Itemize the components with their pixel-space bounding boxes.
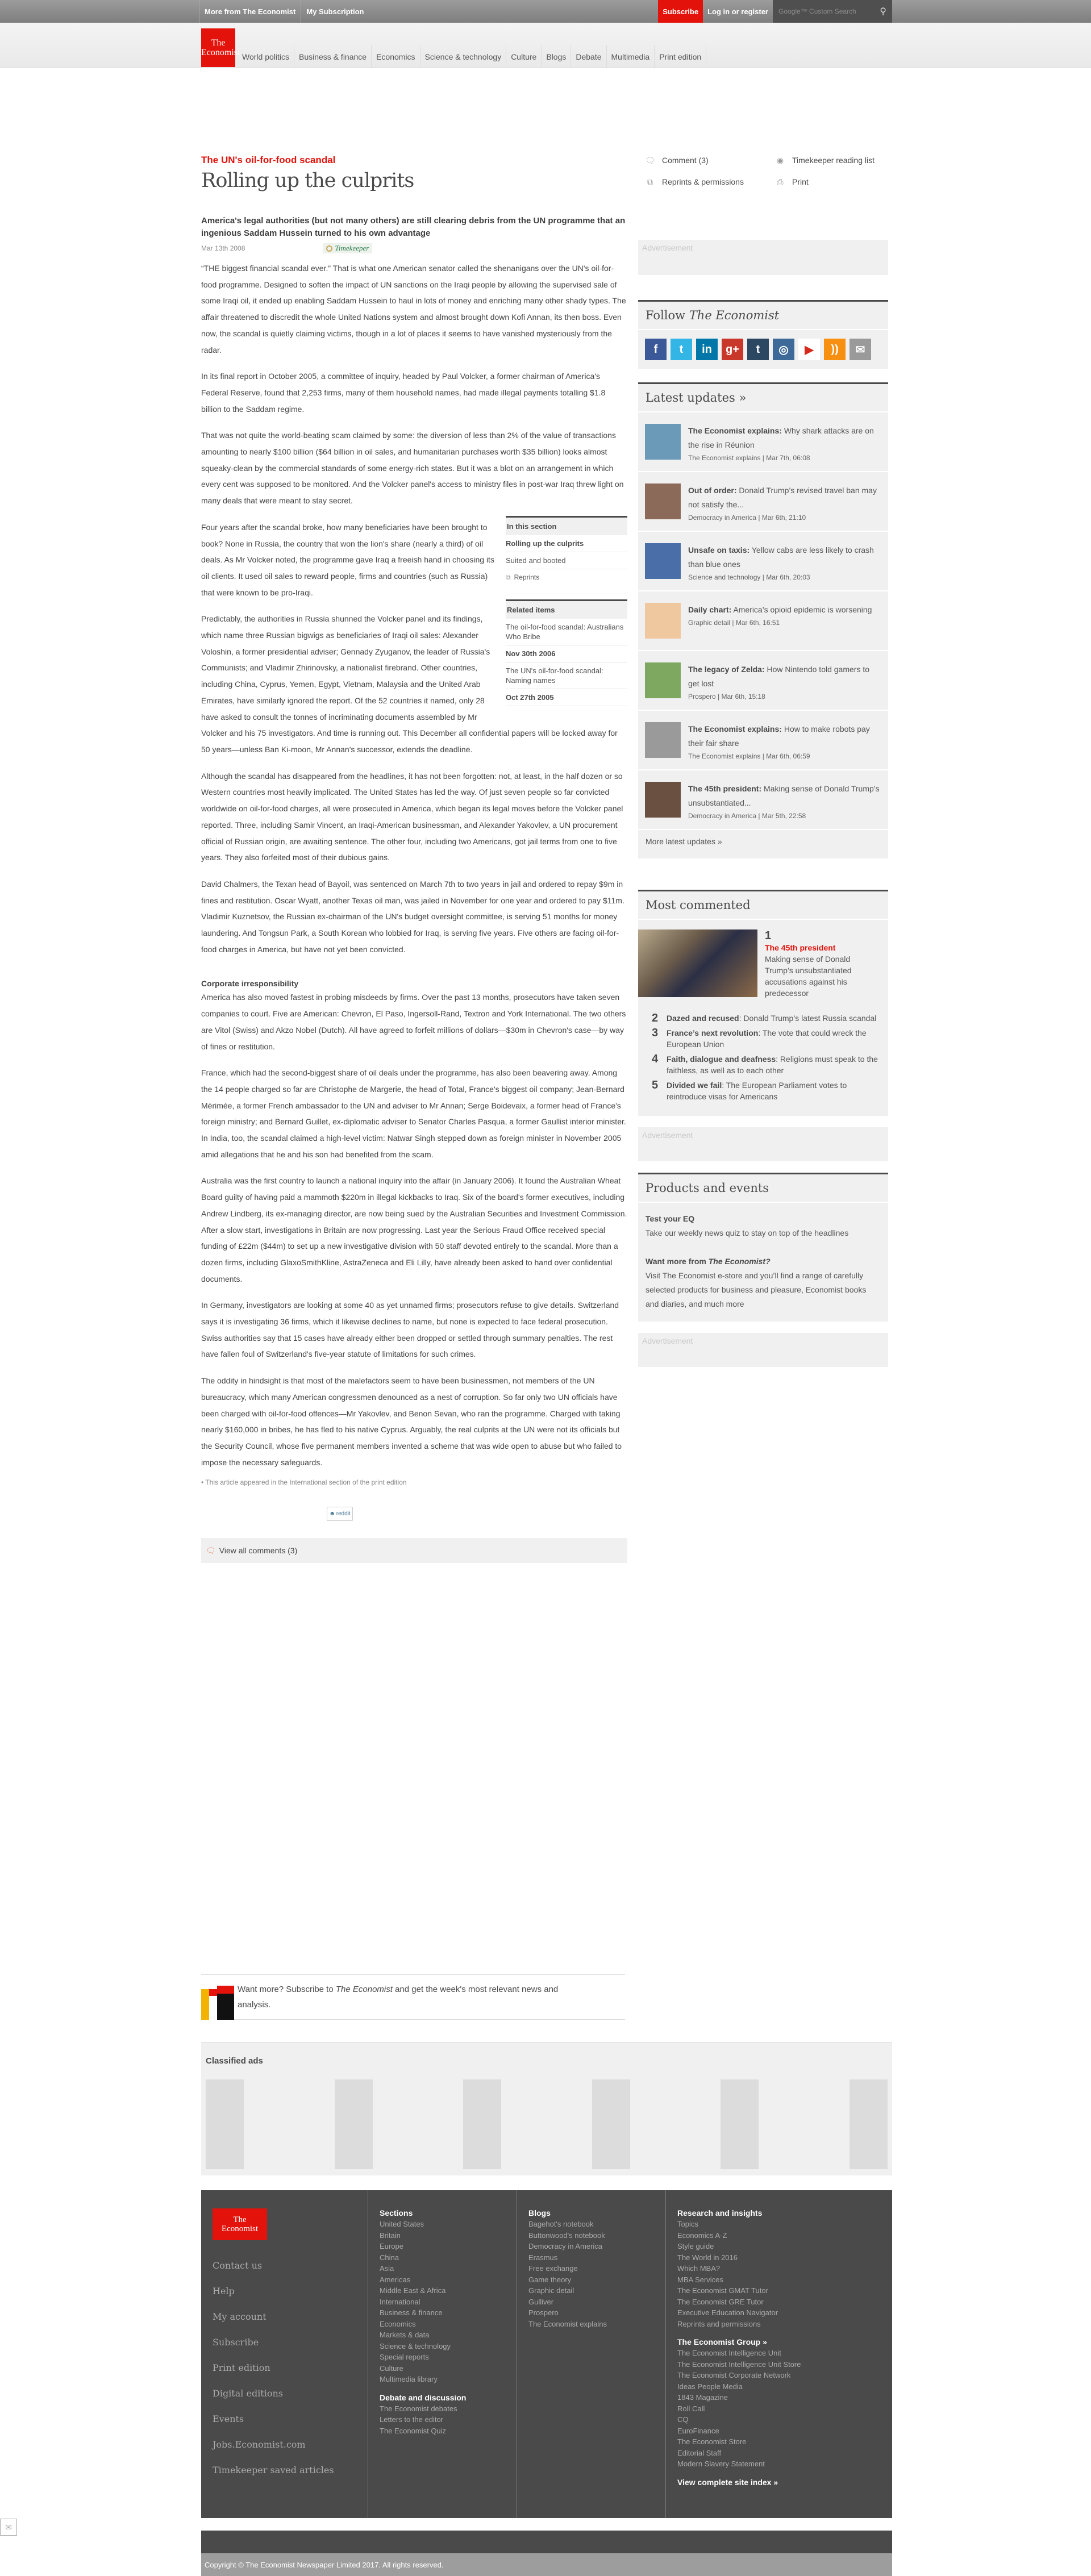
reddit-label: reddit — [336, 1511, 351, 1517]
article-paragraph: That was not quite the world-beating sca… — [201, 427, 627, 509]
footer-main-link[interactable]: Print edition — [213, 2355, 368, 2381]
rank-number: 4 — [652, 1053, 667, 1076]
footer-research-link[interactable]: MBA Services — [677, 2274, 836, 2286]
print-icon: ⎙ — [775, 177, 785, 186]
footer-blogs-heading: Blogs — [528, 2207, 665, 2219]
nav-culture[interactable]: Culture — [506, 45, 542, 68]
article-rubric: America's legal authorities (but not man… — [201, 215, 627, 240]
update-title: The legacy of Zelda: — [688, 665, 765, 674]
footer-section-link[interactable]: Asia — [380, 2263, 517, 2274]
article-paragraph: Although the scandal has disappeared fro… — [201, 768, 627, 866]
footer-section-link[interactable]: Multimedia library — [380, 2374, 517, 2385]
article-paragraph: France, which had the second-biggest sha… — [201, 1065, 627, 1162]
login-link[interactable]: Log in or register — [703, 0, 773, 23]
footer-blog-link[interactable]: Buttonwood's notebook — [528, 2230, 665, 2241]
comment-link[interactable]: 🗨Comment (3) — [645, 156, 775, 165]
reddit-icon: ☻ — [329, 1511, 335, 1517]
classified-ad-slot[interactable] — [721, 2079, 759, 2169]
print-label: Print — [792, 177, 809, 186]
footer-sections-heading: Sections — [380, 2207, 517, 2219]
most-commented-text-1: Making sense of Donald Trump’s unsubstan… — [765, 953, 878, 999]
footer-blog-link[interactable]: Graphic detail — [528, 2285, 665, 2296]
email-icon[interactable]: ✉ — [850, 339, 871, 360]
timekeeper-icon: ◉ — [775, 156, 785, 165]
related-items-heading: Related items — [506, 599, 627, 619]
footer-group-link[interactable]: CQ — [677, 2414, 836, 2425]
estore-link[interactable]: Want more from The Economist? — [646, 1257, 771, 1266]
footer-debate-link[interactable]: The Economist Quiz — [380, 2425, 517, 2437]
update-thumbnail — [645, 483, 681, 519]
nav-debate[interactable]: Debate — [571, 45, 606, 68]
related-item-link[interactable]: The oil-for-food scandal: Australians Wh… — [506, 619, 627, 645]
footer-section-link[interactable]: Americas — [380, 2274, 517, 2286]
products-events-widget: Products and events Test your EQ Take ou… — [638, 1173, 888, 1322]
latest-update-item[interactable]: Daily chart: America’s opioid epidemic i… — [638, 591, 888, 651]
update-thumbnail — [645, 662, 681, 698]
tumblr-icon[interactable]: t — [747, 339, 769, 360]
footer-bar — [201, 2531, 892, 2553]
comment-label: Comment (3) — [662, 156, 709, 165]
timekeeper-icon — [326, 245, 332, 252]
footer-group-link[interactable]: EuroFinance — [677, 2425, 836, 2437]
reprints-icon: ⧉ — [506, 573, 511, 582]
classified-ad-slot[interactable] — [335, 2079, 373, 2169]
update-thumbnail — [645, 543, 681, 579]
follow-title: Follow The Economist — [638, 302, 888, 330]
estore-text: Visit The Economist e-store and you’ll f… — [646, 1269, 881, 1311]
promo-text: Want more? Subscribe to The Economist an… — [238, 1982, 567, 2012]
classified-ad-slot[interactable] — [206, 2079, 244, 2169]
test-eq-text: Take our weekly news quiz to stay on top… — [646, 1226, 881, 1240]
footer-research-link[interactable]: Topics — [677, 2219, 836, 2230]
copyright: Copyright © The Economist Newspaper Limi… — [201, 2553, 892, 2576]
latest-updates-widget: Latest updates » The Economist explains:… — [638, 382, 888, 858]
reprints-label: Reprints & permissions — [662, 177, 744, 186]
rss-icon[interactable]: )) — [824, 339, 846, 360]
nav-world-politics[interactable]: World politics — [238, 45, 294, 68]
most-commented-item-1[interactable]: 1 The 45th president Making sense of Don… — [638, 929, 888, 999]
google-plus-icon[interactable]: g+ — [722, 339, 743, 360]
footer-debate-heading: Debate and discussion — [380, 2392, 517, 2403]
footer-section-link[interactable]: Special reports — [380, 2352, 517, 2363]
update-thumbnail — [645, 424, 681, 460]
classified-ad-slot[interactable] — [592, 2079, 630, 2169]
section-link[interactable]: Suited and booted — [506, 552, 627, 569]
footer-debate-link[interactable]: Letters to the editor — [380, 2414, 517, 2425]
footer-section-link[interactable]: Middle East & Africa — [380, 2285, 517, 2296]
site-index-link[interactable]: View complete site index » — [677, 2477, 836, 2488]
nav-economics[interactable]: Economics — [372, 45, 420, 68]
article-subheading: Corporate irresponsibility — [201, 978, 627, 989]
article-paragraph: Australia was the first country to launc… — [201, 1173, 627, 1287]
most-commented-item[interactable]: 4Faith, dialogue and deafness: Religions… — [652, 1053, 888, 1076]
timekeeper-label: Timekeeper reading list — [792, 156, 875, 165]
footer-main-link[interactable]: Subscribe — [213, 2329, 368, 2355]
timekeeper-button[interactable]: Timekeeper — [323, 243, 372, 253]
reprints-link[interactable]: ⧉Reprints — [506, 569, 627, 586]
test-eq-link[interactable]: Test your EQ — [646, 1214, 694, 1223]
most-commented-title: Most commented — [638, 891, 888, 920]
nav-print-edition[interactable]: Print edition — [655, 45, 706, 68]
update-meta: Democracy in America | Mar 6th, 21:10 — [688, 512, 881, 523]
update-title: The Economist explains: — [688, 724, 782, 733]
most-commented-item[interactable]: 3France’s next revolution: The vote that… — [652, 1027, 888, 1050]
footer-blog-link[interactable]: Free exchange — [528, 2263, 665, 2274]
search-input[interactable]: Google™ Custom Search ⚲ — [773, 0, 892, 23]
article-paragraph: The oddity in hindsight is that most of … — [201, 1373, 627, 1470]
rank-number: 1 — [765, 929, 878, 942]
footer-research-heading: Research and insights — [677, 2207, 836, 2219]
rank-number: 2 — [652, 1012, 667, 1024]
nav-business-finance[interactable]: Business & finance — [294, 45, 372, 68]
update-thumbnail — [645, 782, 681, 818]
advertisement-slot: Advertisement — [638, 240, 888, 275]
classified-ads: Classified ads — [201, 2042, 892, 2175]
section-link[interactable]: Rolling up the culprits — [506, 535, 627, 552]
twitter-icon[interactable]: t — [671, 339, 692, 360]
footer-section-link[interactable]: Culture — [380, 2363, 517, 2374]
article-kicker: The UN's oil-for-food scandal — [201, 155, 627, 166]
update-meta: Prospero | Mar 6th, 15:18 — [688, 691, 881, 702]
footer-blog-link[interactable]: Game theory — [528, 2274, 665, 2286]
footer-blog-link[interactable]: Democracy in America — [528, 2241, 665, 2252]
latest-update-item[interactable]: The legacy of Zelda: How Nintendo told g… — [638, 651, 888, 711]
update-title: Daily chart: — [688, 605, 731, 614]
rank-number: 3 — [652, 1027, 667, 1050]
update-title: The Economist explains: — [688, 426, 782, 435]
in-this-section-box: In this sectionRolling up the culpritsSu… — [506, 516, 627, 706]
latest-update-item[interactable]: The Economist explains: Why shark attack… — [638, 412, 888, 472]
update-text: America’s opioid epidemic is worsening — [731, 605, 872, 614]
latest-update-item[interactable]: Out of order: Donald Trump’s revised tra… — [638, 472, 888, 532]
reprints-link[interactable]: ⧉Reprints & permissions — [645, 177, 775, 186]
update-title: The 45th president: — [688, 784, 761, 793]
comment-bubble-icon: 🗨 — [206, 1546, 216, 1556]
social-links: fting+t◎▶))✉ — [638, 330, 888, 369]
footer-group-link[interactable]: 1843 Magazine — [677, 2392, 836, 2403]
article-paragraph: David Chalmers, the Texan head of Bayoil… — [201, 876, 627, 958]
update-meta: The Economist explains | Mar 7th, 06:08 — [688, 452, 881, 464]
footer-blog-link[interactable]: Gulliver — [528, 2296, 665, 2308]
footer-group-link[interactable]: The Economist Intelligence Unit — [677, 2348, 836, 2359]
footer-section-link[interactable]: Britain — [380, 2230, 517, 2241]
article-paragraph: America has also moved fastest in probin… — [201, 989, 627, 1054]
footer-section-link[interactable]: Science & technology — [380, 2341, 517, 2352]
update-meta: Graphic detail | Mar 6th, 16:51 — [688, 617, 872, 628]
reprints-icon: ⧉ — [645, 177, 655, 186]
my-subscription-link[interactable]: My Subscription — [301, 0, 369, 23]
view-comments-link[interactable]: 🗨 View all comments (3) — [201, 1538, 627, 1563]
footer-research-link[interactable]: Which MBA? — [677, 2263, 836, 2274]
classified-ad-slot[interactable] — [850, 2079, 888, 2169]
footer-main-link[interactable]: Jobs.Economist.com — [213, 2432, 368, 2457]
reprints-label: Reprints — [514, 573, 540, 582]
footer-section-link[interactable]: United States — [380, 2219, 517, 2230]
nav-science-technology[interactable]: Science & technology — [420, 45, 507, 68]
footer-group-link[interactable]: The Economist Corporate Network — [677, 2370, 836, 2381]
most-commented-widget: Most commented 1 The 45th president Maki… — [638, 890, 888, 1116]
latest-update-item[interactable]: The 45th president: Making sense of Dona… — [638, 770, 888, 830]
logo-line2: Economist — [201, 48, 235, 57]
most-commented-title-1: The 45th president — [765, 942, 878, 953]
latest-updates-title[interactable]: Latest updates » — [638, 384, 888, 412]
related-item-link[interactable]: The UN's oil-for-food scandal: Naming na… — [506, 662, 627, 689]
economist-logo[interactable]: The Economist — [201, 28, 235, 67]
update-meta: Democracy in America | Mar 5th, 22:58 — [688, 810, 881, 822]
comment-icon: 🗨 — [645, 156, 655, 165]
reddit-share-button[interactable]: ☻ reddit — [327, 1507, 353, 1521]
article-date: Mar 13th 2008 — [201, 244, 245, 252]
footer-research-link[interactable]: Executive Education Navigator — [677, 2307, 836, 2319]
feedback-icon[interactable]: ✉ — [0, 2519, 17, 2536]
footer-section-link[interactable]: International — [380, 2296, 517, 2308]
footer-logo[interactable]: TheEconomist — [213, 2208, 267, 2240]
latest-update-item[interactable]: The Economist explains: How to make robo… — [638, 711, 888, 770]
main-nav: The Economist World politicsBusiness & f… — [0, 23, 1091, 68]
footer-blog-link[interactable]: Prospero — [528, 2307, 665, 2319]
more-latest-updates-link[interactable]: More latest updates » — [638, 830, 888, 858]
update-title: Out of order: — [688, 486, 737, 495]
footer-research-link[interactable]: Economics A-Z — [677, 2230, 836, 2241]
update-meta: The Economist explains | Mar 6th, 06:59 — [688, 751, 881, 762]
footer-debate-link[interactable]: The Economist debates — [380, 2403, 517, 2415]
footer-section-link[interactable]: Business & finance — [380, 2307, 517, 2319]
footer-research-link[interactable]: The Economist GMAT Tutor — [677, 2285, 836, 2296]
print-edition-note: • This article appeared in the Internati… — [201, 1478, 627, 1486]
subscribe-button[interactable]: Subscribe — [658, 0, 703, 23]
footer-group-link[interactable]: Roll Call — [677, 2403, 836, 2415]
article: The UN's oil-for-food scandal Rolling up… — [201, 153, 627, 1563]
advertisement-slot: Advertisement — [638, 1333, 888, 1367]
footer-main-link[interactable]: Events — [213, 2406, 368, 2432]
article-paragraph: “THE biggest financial scandal ever.” Th… — [201, 260, 627, 358]
article-tools: 🗨Comment (3) ◉Timekeeper reading list ⧉R… — [638, 153, 888, 186]
youtube-icon[interactable]: ▶ — [798, 339, 820, 360]
footer-section-link[interactable]: Markets & data — [380, 2329, 517, 2341]
classified-ad-slot[interactable] — [463, 2079, 501, 2169]
footer-group-link[interactable]: Editorial Staff — [677, 2448, 836, 2459]
footer-section-link[interactable]: China — [380, 2252, 517, 2264]
update-thumbnail — [645, 722, 681, 758]
economist-group-link[interactable]: The Economist Group » — [677, 2336, 836, 2348]
more-from-link[interactable]: More from The Economist — [199, 0, 301, 23]
sidebar: 🗨Comment (3) ◉Timekeeper reading list ⧉R… — [638, 153, 888, 1367]
footer-research-link[interactable]: Reprints and permissions — [677, 2319, 836, 2330]
page-title: Rolling up the culprits — [201, 169, 627, 192]
update-thumbnail — [645, 603, 681, 639]
search-icon[interactable]: ⚲ — [880, 6, 886, 17]
footer-main-link[interactable]: My account — [213, 2304, 368, 2329]
in-this-section-heading: In this section — [506, 516, 627, 535]
nav-multimedia[interactable]: Multimedia — [607, 45, 655, 68]
article-body: “THE biggest financial scandal ever.” Th… — [201, 260, 627, 1470]
footer-group-link[interactable]: Modern Slavery Statement — [677, 2458, 836, 2470]
most-commented-item[interactable]: 2Dazed and recused: Donald Trump’s lates… — [652, 1012, 888, 1024]
footer-main-link[interactable]: Digital editions — [213, 2381, 368, 2406]
update-meta: Science and technology | Mar 6th, 20:03 — [688, 572, 881, 583]
footer-group-link[interactable]: The Economist Store — [677, 2436, 836, 2448]
article-paragraph: In its final report in October 2005, a c… — [201, 368, 627, 417]
update-title: Unsafe on taxis: — [688, 545, 749, 555]
article-paragraph: In Germany, investigators are looking at… — [201, 1297, 627, 1362]
facebook-icon[interactable]: f — [645, 339, 667, 360]
magazine-covers-image — [201, 1985, 235, 2020]
nav-blogs[interactable]: Blogs — [542, 45, 571, 68]
print-link[interactable]: ⎙Print — [775, 177, 889, 186]
instagram-icon[interactable]: ◎ — [773, 339, 794, 360]
timekeeper-reading-list-link[interactable]: ◉Timekeeper reading list — [775, 156, 889, 165]
search-placeholder: Google™ Custom Search — [778, 7, 856, 15]
footer-research-link[interactable]: The World in 2016 — [677, 2252, 836, 2264]
subscribe-promo[interactable]: Want more? Subscribe to The Economist an… — [201, 1974, 625, 2020]
footer-blog-link[interactable]: Erasmus — [528, 2252, 665, 2264]
footer-research-link[interactable]: The Economist GRE Tutor — [677, 2296, 836, 2308]
footer-research-link[interactable]: Style guide — [677, 2241, 836, 2252]
advertisement-slot: Advertisement — [638, 1127, 888, 1161]
footer-blog-link[interactable]: The Economist explains — [528, 2319, 665, 2330]
footer-main-link[interactable]: Contact us — [213, 2253, 368, 2278]
footer-blog-link[interactable]: Bagehot's notebook — [528, 2219, 665, 2230]
footer-group-link[interactable]: Ideas People Media — [677, 2381, 836, 2392]
footer-group-link[interactable]: The Economist Intelligence Unit Store — [677, 2359, 836, 2370]
rank-number: 5 — [652, 1079, 667, 1102]
related-item-date: Nov 30th 2006 — [506, 645, 627, 662]
related-item-date: Oct 27th 2005 — [506, 689, 627, 706]
products-title: Products and events — [638, 1174, 888, 1203]
footer-section-link[interactable]: Europe — [380, 2241, 517, 2252]
logo-line1: The — [201, 38, 235, 48]
view-comments-label: View all comments (3) — [219, 1546, 297, 1555]
classified-title: Classified ads — [206, 2056, 892, 2066]
top-bar: More from The Economist My Subscription … — [0, 0, 1091, 23]
footer-section-link[interactable]: Economics — [380, 2319, 517, 2330]
footer-main-link[interactable]: Timekeeper saved articles — [213, 2457, 368, 2483]
most-commented-image — [638, 929, 757, 997]
linkedin-icon[interactable]: in — [696, 339, 718, 360]
site-footer: TheEconomist Contact usHelpMy accountSub… — [201, 2190, 892, 2518]
latest-update-item[interactable]: Unsafe on taxis: Yellow cabs are less li… — [638, 532, 888, 591]
footer-main-link[interactable]: Help — [213, 2278, 368, 2304]
most-commented-item[interactable]: 5Divided we fail: The European Parliamen… — [652, 1079, 888, 1102]
timekeeper-label: Timekeeper — [335, 244, 369, 253]
follow-widget: Follow The Economist fting+t◎▶))✉ — [638, 300, 888, 369]
